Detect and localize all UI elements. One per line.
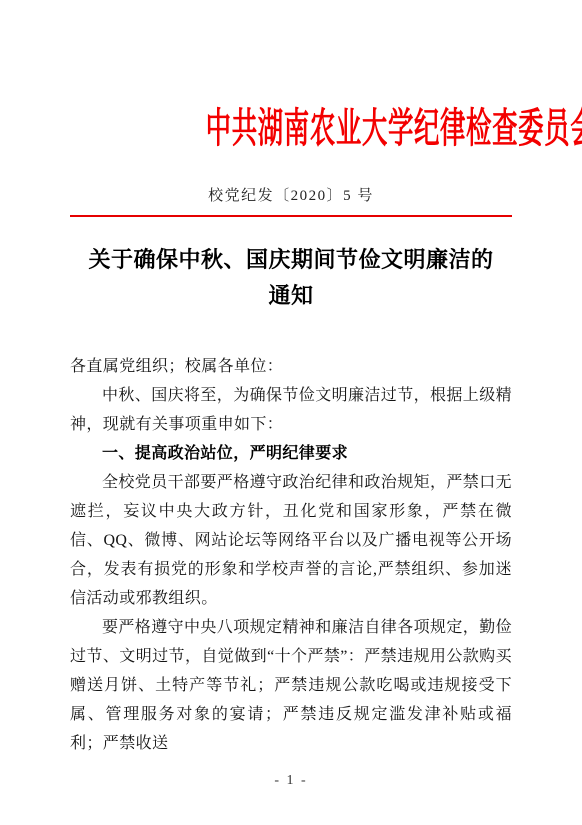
paragraph-political-discipline: 全校党员干部要严格遵守政治纪律和政治规矩，严禁口无遮拦，妄议中央大政方针，丑化党… <box>70 468 512 613</box>
section-heading-1: 一、提高政治站位，严明纪律要求 <box>70 439 512 468</box>
letterhead: 中共湖南农业大学纪律检查委员会文件 <box>70 102 512 154</box>
letterhead-org-title: 中共湖南农业大学纪律检查委员会文件 <box>206 102 582 154</box>
salutation-line: 各直属党组织；校属各单位： <box>70 352 512 381</box>
intro-paragraph: 中秋、国庆将至，为确保节俭文明廉洁过节，根据上级精神，现就有关事项重申如下： <box>70 381 512 439</box>
page-number: - 1 - <box>0 773 582 789</box>
document-page: 中共湖南农业大学纪律检查委员会文件 校党纪发〔2020〕5 号 关于确保中秋、国… <box>0 0 582 825</box>
document-title: 关于确保中秋、国庆期间节俭文明廉洁的 通知 <box>70 242 512 314</box>
document-title-line-1: 关于确保中秋、国庆期间节俭文明廉洁的 <box>70 242 512 278</box>
paragraph-ten-prohibitions: 要严格遵守中央八项规定精神和廉洁自律各项规定，勤俭过节、文明过节，自觉做到“十个… <box>70 613 512 758</box>
letterhead-divider-rule <box>70 215 512 217</box>
document-content: 中共湖南农业大学纪律检查委员会文件 校党纪发〔2020〕5 号 关于确保中秋、国… <box>0 102 582 758</box>
document-title-line-2: 通知 <box>70 278 512 314</box>
document-body: 各直属党组织；校属各单位： 中秋、国庆将至，为确保节俭文明廉洁过节，根据上级精神… <box>70 352 512 758</box>
document-number: 校党纪发〔2020〕5 号 <box>70 186 512 206</box>
